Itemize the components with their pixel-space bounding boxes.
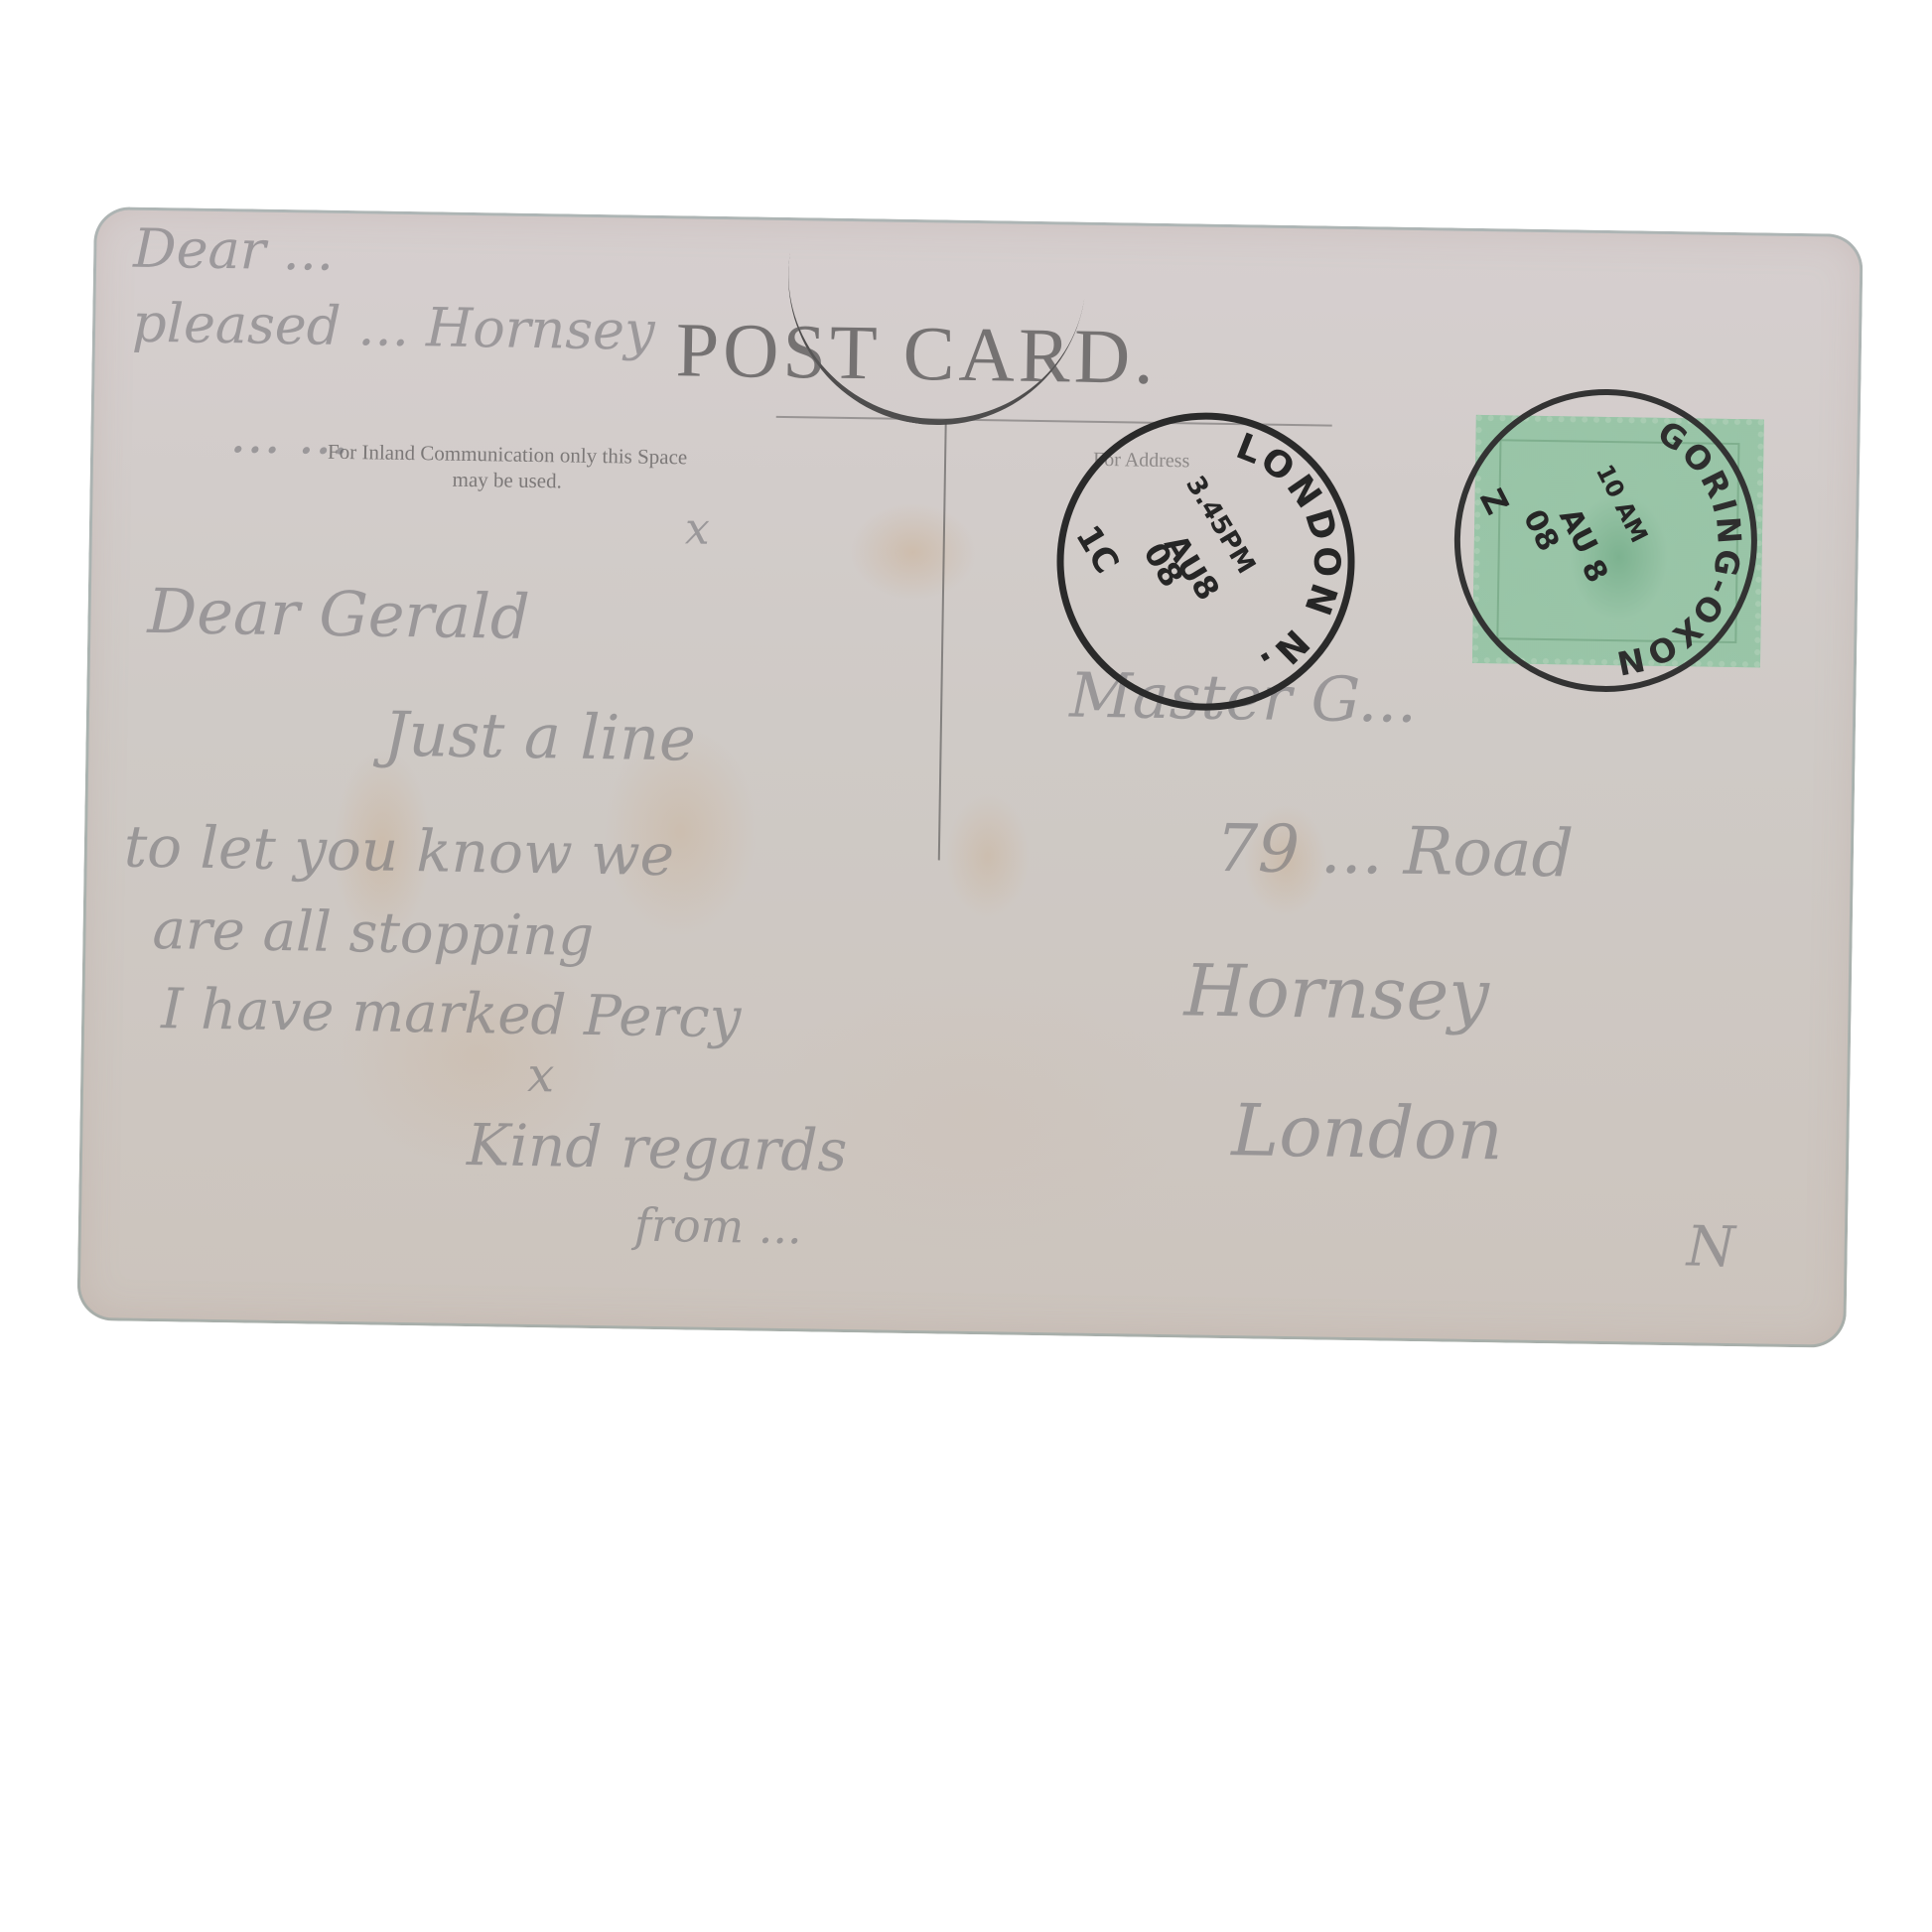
goring-town: GORING-OXON: [1610, 412, 1750, 684]
address-line: 79 ... Road: [1215, 810, 1574, 893]
handwriting-line: Just a line: [383, 698, 696, 775]
handwriting-line: to let you know we: [123, 813, 674, 890]
handwriting-line: ... ...: [229, 402, 349, 467]
handwriting-line: from ...: [634, 1198, 803, 1255]
postcard-title: POST CARD.: [675, 305, 1158, 402]
svg-text:GORING-OXON: GORING-OXON: [1610, 412, 1750, 684]
handwriting-line: pleased ... Hornsey: [132, 292, 655, 362]
handwriting-kiss: x: [685, 503, 711, 554]
goring-postmark-ring-text: GORING-OXON: [1458, 393, 1754, 689]
handwriting-kiss: x: [527, 1047, 555, 1103]
handwriting-line: are all stopping: [152, 897, 595, 969]
goring-postmark: GORING-OXON 10 AM AU 8 08 Z: [1452, 387, 1760, 695]
handwriting-line: Kind regards: [467, 1111, 848, 1184]
postcard: POST CARD. For Inland Communication only…: [76, 207, 1863, 1348]
address-line: London: [1231, 1088, 1504, 1175]
london-postmark: LONDON N. 3.45PM AU 8 08 1C: [1049, 405, 1363, 719]
address-line: Hornsey: [1183, 948, 1489, 1036]
message-address-divider: [938, 423, 947, 860]
address-line: N: [1686, 1214, 1735, 1280]
handwriting-line: Dear ...: [133, 217, 335, 283]
handwriting-line: Dear Gerald: [147, 575, 530, 653]
handwriting-line: I have marked Percy: [161, 977, 742, 1050]
